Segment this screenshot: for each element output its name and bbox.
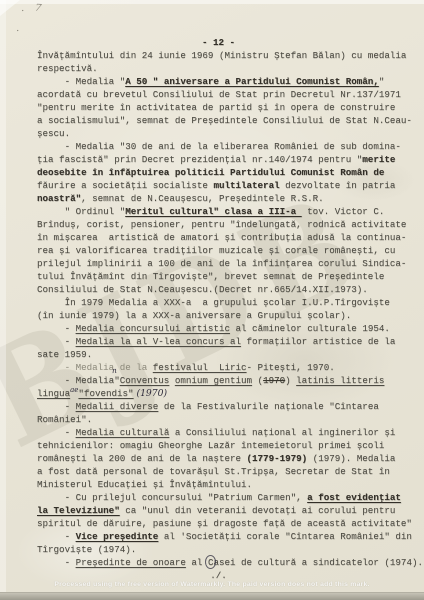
- text-line: - 12 -: [15, 36, 422, 49]
- scanned-document-page: BJDB - 12 -Învățămîntului din 24 iunie 1…: [0, 0, 424, 600]
- text-line: respectivă.: [37, 62, 422, 75]
- text-segment: În 1979 Medalia a XXX-a a grupului școla…: [37, 297, 390, 308]
- ink-correction-note: n: [112, 366, 117, 375]
- text-line: - Medalia "30 de ani de la eliberarea Ro…: [37, 140, 422, 153]
- text-line: - Medalia la al V-lea concurs al formați…: [37, 335, 422, 348]
- text-line: - Medalii diverse de la Festivalurile na…: [37, 400, 422, 413]
- text-segment: Medalia concursului artistic: [76, 323, 230, 334]
- text-line: a socialismului", semnat de Președintele…: [37, 114, 422, 127]
- text-segment: - Medalia": [37, 375, 120, 386]
- text-segment: "fovendis": [78, 388, 133, 399]
- text-segment: -: [37, 531, 76, 542]
- text-line: - Medalia concursului artistic al cămine…: [37, 322, 422, 335]
- text-segment: - Medalia de la: [37, 362, 153, 373]
- text-segment: (în iunie 1979) la a XXX-a aniversare a …: [37, 310, 351, 321]
- text-segment: dezvoltate în patria: [280, 180, 396, 191]
- text-segment: sate 1959.: [37, 349, 92, 360]
- text-segment: " Ordinul ": [37, 206, 125, 217]
- text-segment: ca "unul din veteranii devotați ai corul…: [120, 505, 396, 516]
- text-segment: - Pitești, 1970.: [247, 362, 335, 373]
- text-segment: deosebite în înfăptuirea politicii Parti…: [37, 167, 384, 178]
- text-segment: ./.: [210, 570, 227, 581]
- text-segment: C: [208, 557, 214, 568]
- text-segment: Conventus: [120, 375, 170, 386]
- text-line: românești la 200 de ani de la naștere (1…: [37, 452, 422, 465]
- text-line: rea și valorificarea tradițiilor muzical…: [37, 244, 422, 257]
- text-segment: la Televiziune": [37, 505, 120, 516]
- text-block: - 12 -Învățămîntului din 24 iunie 1969 (…: [37, 36, 422, 582]
- text-segment: "pentru merite în activitatea de partid …: [37, 102, 395, 113]
- text-segment: tului Învățămînt din Tîrgoviște", brevet…: [37, 271, 384, 282]
- text-segment: șescu.: [37, 128, 70, 139]
- text-segment: Vice președinte: [76, 531, 159, 542]
- text-line: României".: [37, 413, 422, 426]
- text-line: - Medalia"Conventus omnium gentium (1970…: [37, 374, 422, 387]
- text-line: deosebite în înfăptuirea politicii Parti…: [37, 166, 422, 179]
- text-segment: -: [37, 557, 76, 568]
- text-line: Brînduș, corist, pensioner, pentru "înde…: [37, 218, 422, 231]
- text-segment: -: [37, 427, 76, 438]
- scan-edge-left: [0, 0, 6, 600]
- pencil-mark: 7: [34, 3, 42, 15]
- text-segment: Brînduș, corist, pensioner, pentru "înde…: [37, 219, 406, 230]
- text-segment: latinis litteris: [296, 375, 384, 386]
- text-segment: 1970: [263, 375, 285, 386]
- text-segment: a socialismului", semnat de Președintele…: [37, 115, 412, 126]
- text-line: sate 1959.: [37, 348, 422, 361]
- text-segment: rea și valorificarea tradițiilor muzical…: [37, 245, 395, 256]
- text-line: făurire a societății socialiste multilat…: [37, 179, 422, 192]
- text-line: la Televiziune" ca "unul din veteranii d…: [37, 504, 422, 517]
- text-segment: spiritul de dăruire, pasiune și dragoste…: [37, 518, 412, 529]
- text-line: tului Învățămînt din Tîrgoviște", brevet…: [37, 270, 422, 283]
- text-line: "pentru merite în activitatea de partid …: [37, 101, 422, 114]
- text-segment: tehnicienilor: omagiu Gheorghe Lazăr înt…: [37, 440, 384, 451]
- text-segment: ": [379, 76, 385, 87]
- text-segment: a fost dată personal de tovarășul St.Tri…: [37, 466, 390, 477]
- text-segment: tov. Victor C.: [302, 206, 385, 217]
- text-line: - Președinte de onoare al Casei de cultu…: [37, 556, 422, 569]
- text-segment: Învățămîntului din 24 iunie 1969 (Minist…: [37, 50, 406, 61]
- text-segment: Medalii diverse: [76, 401, 159, 412]
- text-line: (în iunie 1979) la a XXX-a aniversare a …: [37, 309, 422, 322]
- text-segment: al căminelor culturale 1954.: [230, 323, 390, 334]
- text-segment: noastră": [37, 193, 81, 204]
- text-segment: (1779-1979): [247, 453, 308, 464]
- text-segment: festivalul Liric: [153, 362, 247, 373]
- text-segment: - Medalia ": [37, 76, 125, 87]
- text-segment: A 50 " aniversare a Partidului Comunist …: [125, 76, 379, 87]
- text-line: linguaae"fovendis" (1970): [37, 387, 422, 400]
- text-line: noastră", semnat de N.Ceaușescu, Președi…: [37, 192, 422, 205]
- text-line: ția fascistă" prin Decret prezidențial n…: [37, 153, 422, 166]
- text-line: spiritul de dăruire, pasiune și dragoste…: [37, 517, 422, 530]
- text-line: În 1979 Medalia a XXX-a a grupului școla…: [37, 296, 422, 309]
- text-segment: Consiliului de Stat N.Ceaușescu.(Decret …: [37, 284, 368, 295]
- text-segment: Medalia culturală: [76, 427, 170, 438]
- corner-fold: [0, 0, 20, 16]
- text-line: tehnicienilor: omagiu Gheorghe Lazăr înt…: [37, 439, 422, 452]
- text-line: Ministerul Educației și Învățămîntului.: [37, 478, 422, 491]
- text-segment: -: [37, 323, 76, 334]
- text-segment: omnium gentium: [175, 375, 252, 386]
- text-line: șescu.: [37, 127, 422, 140]
- text-segment: asei de cultură a sindicatelor (1974).: [213, 557, 423, 568]
- text-segment: Meritul cultural" clasa a III-a: [125, 206, 301, 217]
- text-line: " Ordinul "Meritul cultural" clasa a III…: [37, 205, 422, 218]
- text-segment: în mișcarea artistică de amatori și cont…: [37, 232, 406, 243]
- scan-edge-bottom: [0, 592, 424, 600]
- text-segment: a Consiliului național al inginerilor și: [169, 427, 395, 438]
- text-segment: (1979). Medalia: [307, 453, 395, 464]
- text-line: Consiliului de Stat N.Ceaușescu.(Decret …: [37, 283, 422, 296]
- text-segment: ția fascistă" prin Decret prezidențial n…: [37, 154, 362, 165]
- text-line: - Medalia de la festivalul Liric- Piteșt…: [37, 361, 422, 374]
- text-line: a fost dată personal de tovarășul St.Tri…: [37, 465, 422, 478]
- text-line: în mișcarea artistică de amatori și cont…: [37, 231, 422, 244]
- text-line: Învățămîntului din 24 iunie 1969 (Minist…: [37, 49, 422, 62]
- text-segment: ): [285, 375, 296, 386]
- text-segment: Ministerul Educației și Învățămîntului.: [37, 479, 252, 490]
- text-segment: (: [252, 375, 263, 386]
- text-segment: făurire a societății socialiste: [37, 180, 213, 191]
- text-segment: lingua: [37, 388, 70, 399]
- text-line: prilejul împlinirii a 100 de ani de la î…: [37, 257, 422, 270]
- text-segment: (1970): [134, 388, 167, 399]
- text-segment: , semnat de N.Ceaușescu, Președintele R.…: [81, 193, 324, 204]
- text-line: - Vice președinte al 'Societății corale …: [37, 530, 422, 543]
- pencil-mark: ·: [20, 6, 25, 17]
- text-line: - Cu prilejul concursului "Patrium Carme…: [37, 491, 422, 504]
- text-segment: de la Festivalurile naționale "Cîntarea: [158, 401, 379, 412]
- text-segment: Președinte de onoare: [76, 557, 186, 568]
- text-segment: - Cu prilejul concursului "Patrium Carme…: [37, 492, 307, 503]
- text-segment: formațiilor artistice de la: [241, 336, 395, 347]
- text-segment: Tîrgoviște (1974).: [37, 544, 136, 555]
- scan-edge-top: [0, 0, 424, 4]
- text-segment: României".: [37, 414, 92, 425]
- text-segment: acordată cu brevetul Consiliului de Stat…: [37, 89, 401, 100]
- text-segment: -: [37, 336, 76, 347]
- text-segment: -: [37, 401, 76, 412]
- text-line: acordată cu brevetul Consiliului de Stat…: [37, 88, 422, 101]
- text-segment: respectivă.: [37, 63, 98, 74]
- text-segment: multilateral: [213, 180, 279, 191]
- text-segment: - 12 -: [202, 37, 235, 48]
- text-segment: prilejul împlinirii a 100 de ani de la î…: [37, 258, 406, 269]
- trial-watermark-banner: Processed using the free version of Wate…: [0, 581, 424, 588]
- text-line: - Medalia "A 50 " aniversare a Partidulu…: [37, 75, 422, 88]
- text-segment: ae: [70, 386, 78, 394]
- text-segment: al 'Societății corale "Cîntarea României…: [158, 531, 412, 542]
- text-line: - Medalia culturală a Consiliului națion…: [37, 426, 422, 439]
- text-line: Tîrgoviște (1974).: [37, 543, 422, 556]
- text-segment: Medalia la al V-lea concurs al: [76, 336, 241, 347]
- text-segment: merite: [362, 154, 395, 165]
- text-segment: a fost evidențiat: [307, 492, 401, 503]
- text-segment: - Medalia "30 de ani de la eliberarea Ro…: [37, 141, 401, 152]
- text-segment: românești la 200 de ani de la naștere: [37, 453, 247, 464]
